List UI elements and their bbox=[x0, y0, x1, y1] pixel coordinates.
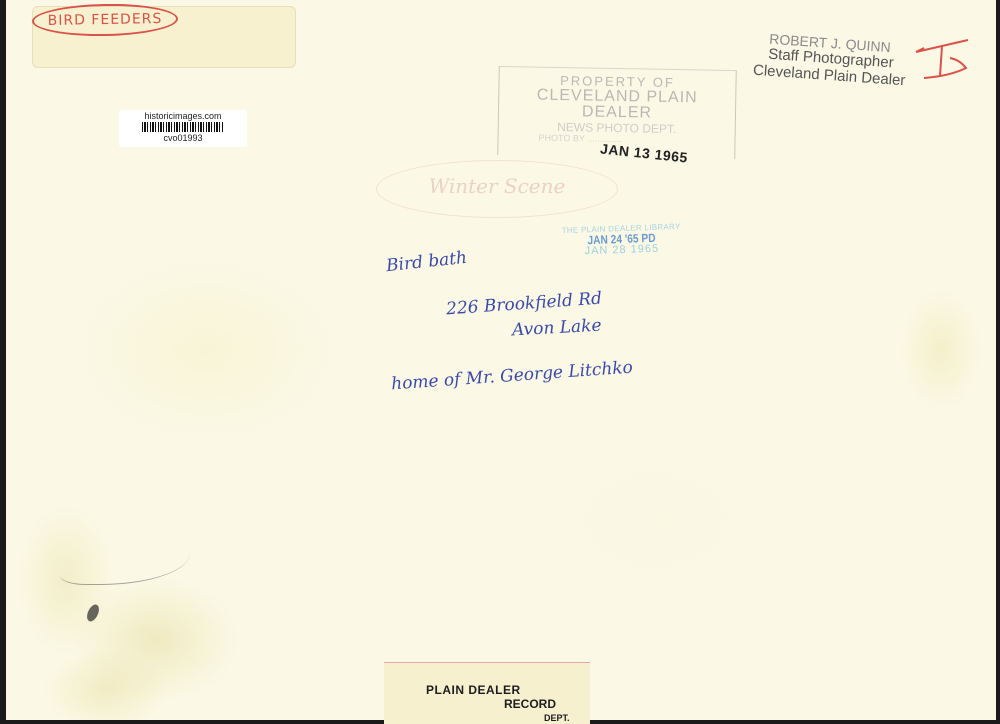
handwritten-line-4: home of Mr. George Litchko bbox=[391, 358, 634, 395]
barcode-sticker: historicimages.com cvo01993 bbox=[119, 110, 247, 147]
property-stamp-line2: CLEVELAND PLAIN DEALER bbox=[499, 87, 736, 125]
bottom-label-line3: DEPT. bbox=[544, 713, 570, 723]
barcode-code: cvo01993 bbox=[119, 133, 247, 143]
handwritten-line-3: Avon Lake bbox=[512, 316, 603, 341]
ink-smudge bbox=[85, 603, 102, 624]
red-i-mark-icon bbox=[910, 34, 974, 84]
bottom-label-line2: RECORD bbox=[504, 697, 556, 711]
faint-signature-text: Winter Scene bbox=[429, 174, 566, 198]
pencil-scratch bbox=[60, 540, 190, 585]
handwritten-line-2: 226 Brookfield Rd bbox=[445, 289, 602, 320]
faint-signature: Winter Scene bbox=[376, 160, 618, 218]
bottom-record-label: PLAIN DEALER RECORD DEPT. bbox=[384, 662, 590, 724]
subject-label-text: BIRD FEEDERS bbox=[48, 11, 163, 29]
bottom-label-line1: PLAIN DEALER bbox=[426, 683, 521, 697]
library-stamp: THE PLAIN DEALER LIBRARY JAN 24 '65 PD J… bbox=[561, 222, 681, 258]
photo-back-paper: BIRD FEEDERS historicimages.com cvo01993… bbox=[6, 0, 996, 720]
photographer-stamp: ROBERT J. QUINN Staff Photographer Cleve… bbox=[752, 31, 908, 90]
barcode-site: historicimages.com bbox=[119, 111, 247, 121]
barcode-icon bbox=[142, 122, 224, 132]
handwritten-line-1: Bird bath bbox=[385, 248, 468, 276]
